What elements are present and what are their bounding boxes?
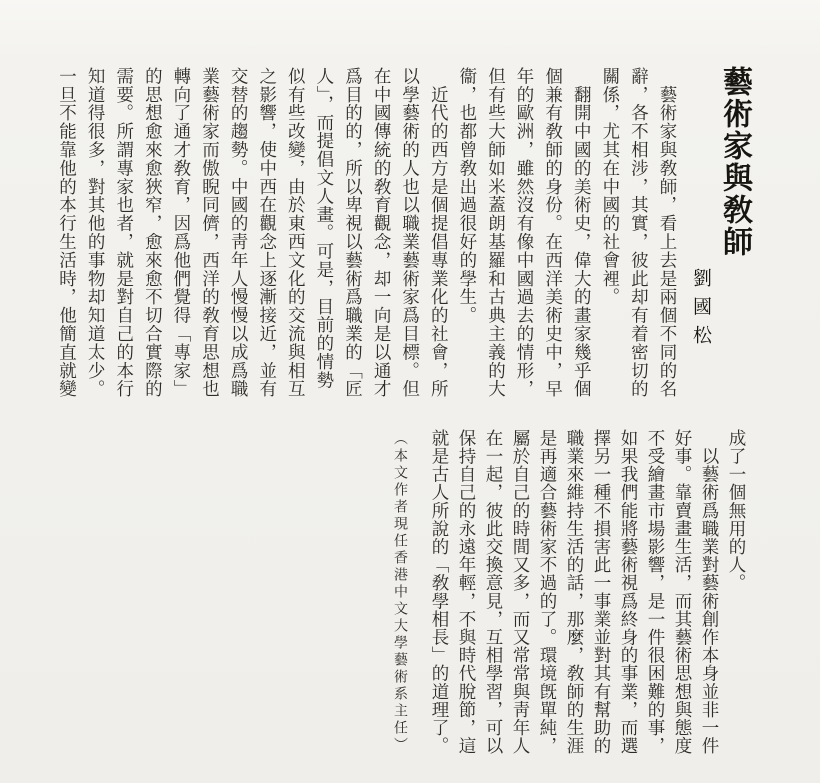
text-column: 近代的西方是個提倡專業化的社會，所	[425, 67, 454, 403]
article-title: 藝術家與敎師	[714, 66, 754, 258]
text-column: 個兼有敎師的身份。在西洋美術史中，早	[539, 67, 568, 403]
text-column: 爲目的的，所以卑視以藝術爲職業的「匠	[339, 67, 368, 403]
text-column: 翻開中國的美術史，偉大的畫家幾乎個	[568, 67, 597, 403]
text-column: 好事。靠賣畫生活，而其藝術思想與態度	[669, 429, 696, 759]
article-top-text-block: 藝術家與敎師，看上去是兩個不同的名辭，各不相涉，其實，彼此却有着密切的關係，尤其…	[52, 67, 682, 403]
text-column: 以藝術爲職業對藝術創作本身並非一件	[696, 429, 723, 759]
text-column: 知道得很多，對其他的事物却知道太少。	[82, 67, 111, 403]
text-column: 就是古人所說的「敎學相長」的道理了。	[426, 429, 453, 759]
text-column: 職業來維持生活的話，那麼，敎師的生涯	[561, 429, 588, 759]
text-column: 在中國傳統的敎育觀念，却一向是以通才	[367, 67, 396, 403]
text-column: 需要。所謂專家也者，就是對自己的本行	[110, 67, 139, 403]
text-column: 年的歐洲，雖然沒有像中國過去的情形，	[510, 67, 539, 403]
article-author: 劉國松	[688, 268, 712, 354]
text-column: 但有些大師如米蓋朗基羅和古典主義的大	[482, 67, 511, 403]
text-column: 以學藝術的人也以職業藝術家爲目標。但	[396, 67, 425, 403]
text-column: 關係，尤其在中國的社會裡。	[596, 67, 625, 403]
text-column: 交替的趨勢。中國的靑年人慢慢以成爲職	[225, 67, 254, 403]
text-column: 衞，也都曾敎出過很好的學生。	[453, 67, 482, 403]
text-column: 業藝術家而傲睨同儕，西洋的敎育思想也	[196, 67, 225, 403]
text-column: 辭，各不相涉，其實，彼此却有着密切的	[625, 67, 654, 403]
text-column: 藝術家與敎師，看上去是兩個不同的名	[653, 67, 682, 403]
text-column: 成了一個無用的人。	[723, 429, 750, 759]
article-footer-note: （本文作者現任香港中文大學藝術系主任）	[390, 431, 408, 754]
text-column: 保持自己的永遠年輕，不與時代脫節，這	[453, 429, 480, 759]
text-column: 屬於自己的時間又多，而又常常與靑年人	[507, 429, 534, 759]
text-column: 似有些改變，由於東西文化的交流與相互	[282, 67, 311, 403]
text-column: 在一起，彼此交換意見，互相學習，可以	[480, 429, 507, 759]
text-column: 是再適合藝術家不過的了。環境旣單純，	[534, 429, 561, 759]
text-column: 轉向了通才敎育，因爲他們覺得「專家」	[167, 67, 196, 403]
scanned-article-page: 藝術家與敎師 劉國松 藝術家與敎師，看上去是兩個不同的名辭，各不相涉，其實，彼此…	[0, 0, 820, 783]
article-bottom-text-block: 成了一個無用的人。 以藝術爲職業對藝術創作本身並非一件好事。靠賣畫生活，而其藝術…	[426, 429, 750, 759]
text-column: 之影響，使中西在觀念上逐漸接近，並有	[253, 67, 282, 403]
text-column: 的思想愈來愈狹窄，愈來愈不切合實際的	[139, 67, 168, 403]
text-column: 不受繪畫市場影響，是一件很困難的事，	[642, 429, 669, 759]
text-column: 擇另一種不損害此一事業並對其有幫助的	[588, 429, 615, 759]
text-column: 一旦不能靠他的本行生活時，他簡直就變	[53, 67, 82, 403]
text-column: 如果我們能將藝術視爲終身的事業，而選	[615, 429, 642, 759]
text-column: 人」，而提倡文人畫。可是，目前的情勢	[310, 67, 339, 403]
